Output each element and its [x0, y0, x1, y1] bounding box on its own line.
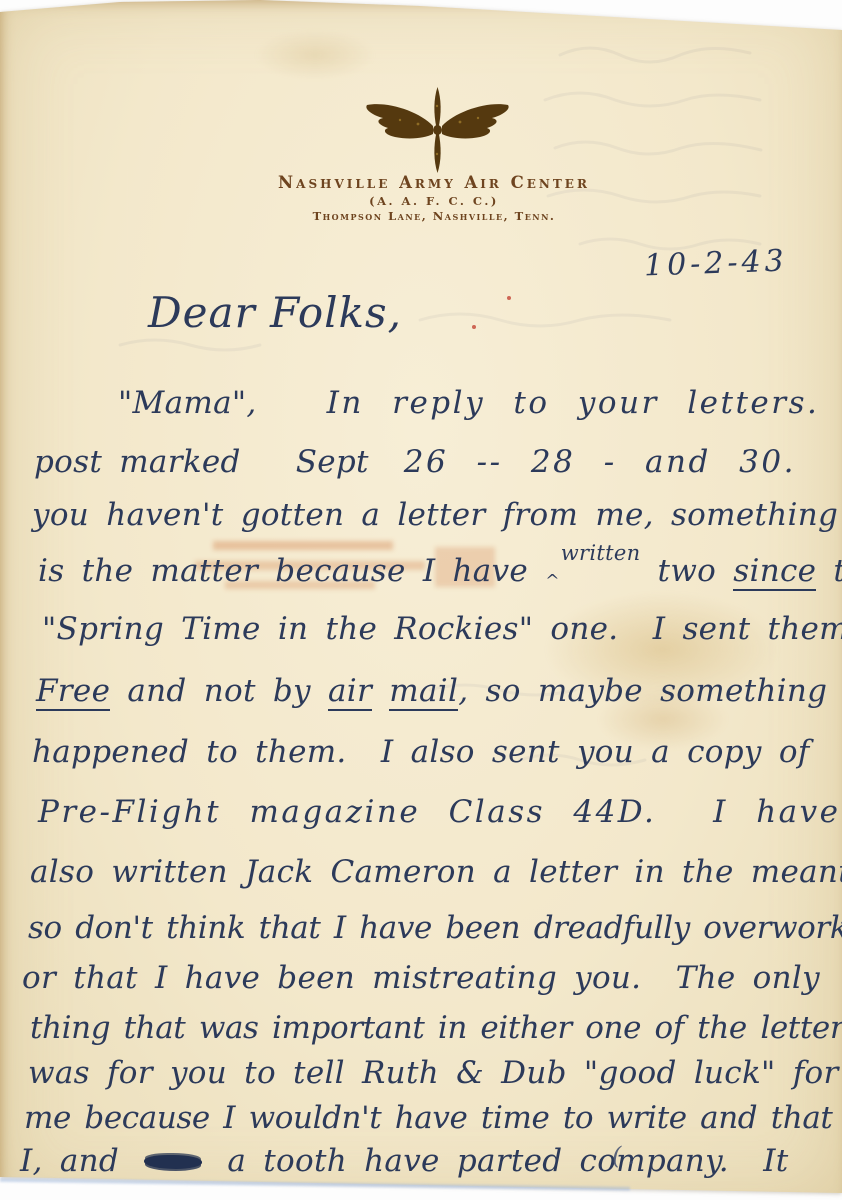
letter-line: was for you to tell Ruth & Dub "good luc…: [28, 1058, 839, 1089]
letter-line: is the matter because I have ^written tw…: [38, 556, 842, 587]
letter-line: so don't think that I have been dreadful…: [28, 913, 842, 944]
insertion-caret: ^: [545, 573, 560, 590]
letter-line: or that I have been mistreating you. The…: [22, 963, 820, 994]
letterhead-subtitle: (A. A. F. C. C.): [13, 194, 842, 208]
letter-line: thing that was important in either one o…: [30, 1013, 842, 1044]
letter-line: "Spring Time in the Rockies" one. I sent…: [42, 614, 842, 645]
scanned-letter-page: Nashville Army Air Center (A. A. F. C. C…: [0, 0, 842, 1200]
inserted-word: written: [561, 543, 641, 564]
letter-line: "Mama",In reply to your letters.: [118, 388, 819, 419]
paper-stain: [255, 30, 375, 80]
letter-date: 10-2-43: [643, 244, 788, 284]
letter-line: Free and not by air mail, so maybe somet…: [36, 676, 827, 707]
scan-speck: [507, 296, 511, 300]
letterhead-address: Thompson Lane, Nashville, Tenn.: [13, 209, 842, 223]
page-turn-mark: (.: [612, 1142, 641, 1170]
letter-line: Pre-Flight magazine Class 44D. I have: [38, 797, 841, 828]
letter-line: me because I wouldn't have time to write…: [24, 1103, 832, 1134]
letterhead-title: Nashville Army Air Center: [13, 173, 842, 192]
salutation: Dear Folks,: [148, 288, 402, 337]
letter-paper: Nashville Army Air Center (A. A. F. C. C…: [0, 0, 842, 1200]
scribbled-out-word: [144, 1155, 202, 1169]
letter-line: post markedSept26 -- 28 - and 30. If: [34, 447, 842, 478]
letter-line: happened to them. I also sent you a copy…: [32, 737, 810, 768]
paper-shadow-wrap: Nashville Army Air Center (A. A. F. C. C…: [0, 0, 842, 1200]
scan-speck: [472, 325, 476, 329]
winged-propeller-emblem: [360, 84, 515, 176]
letter-line: I, and a tooth have parted company. It: [20, 1146, 789, 1177]
letter-line: also written Jack Cameron a letter in th…: [30, 857, 842, 888]
letter-line: you haven't gotten a letter from me, som…: [32, 500, 838, 531]
